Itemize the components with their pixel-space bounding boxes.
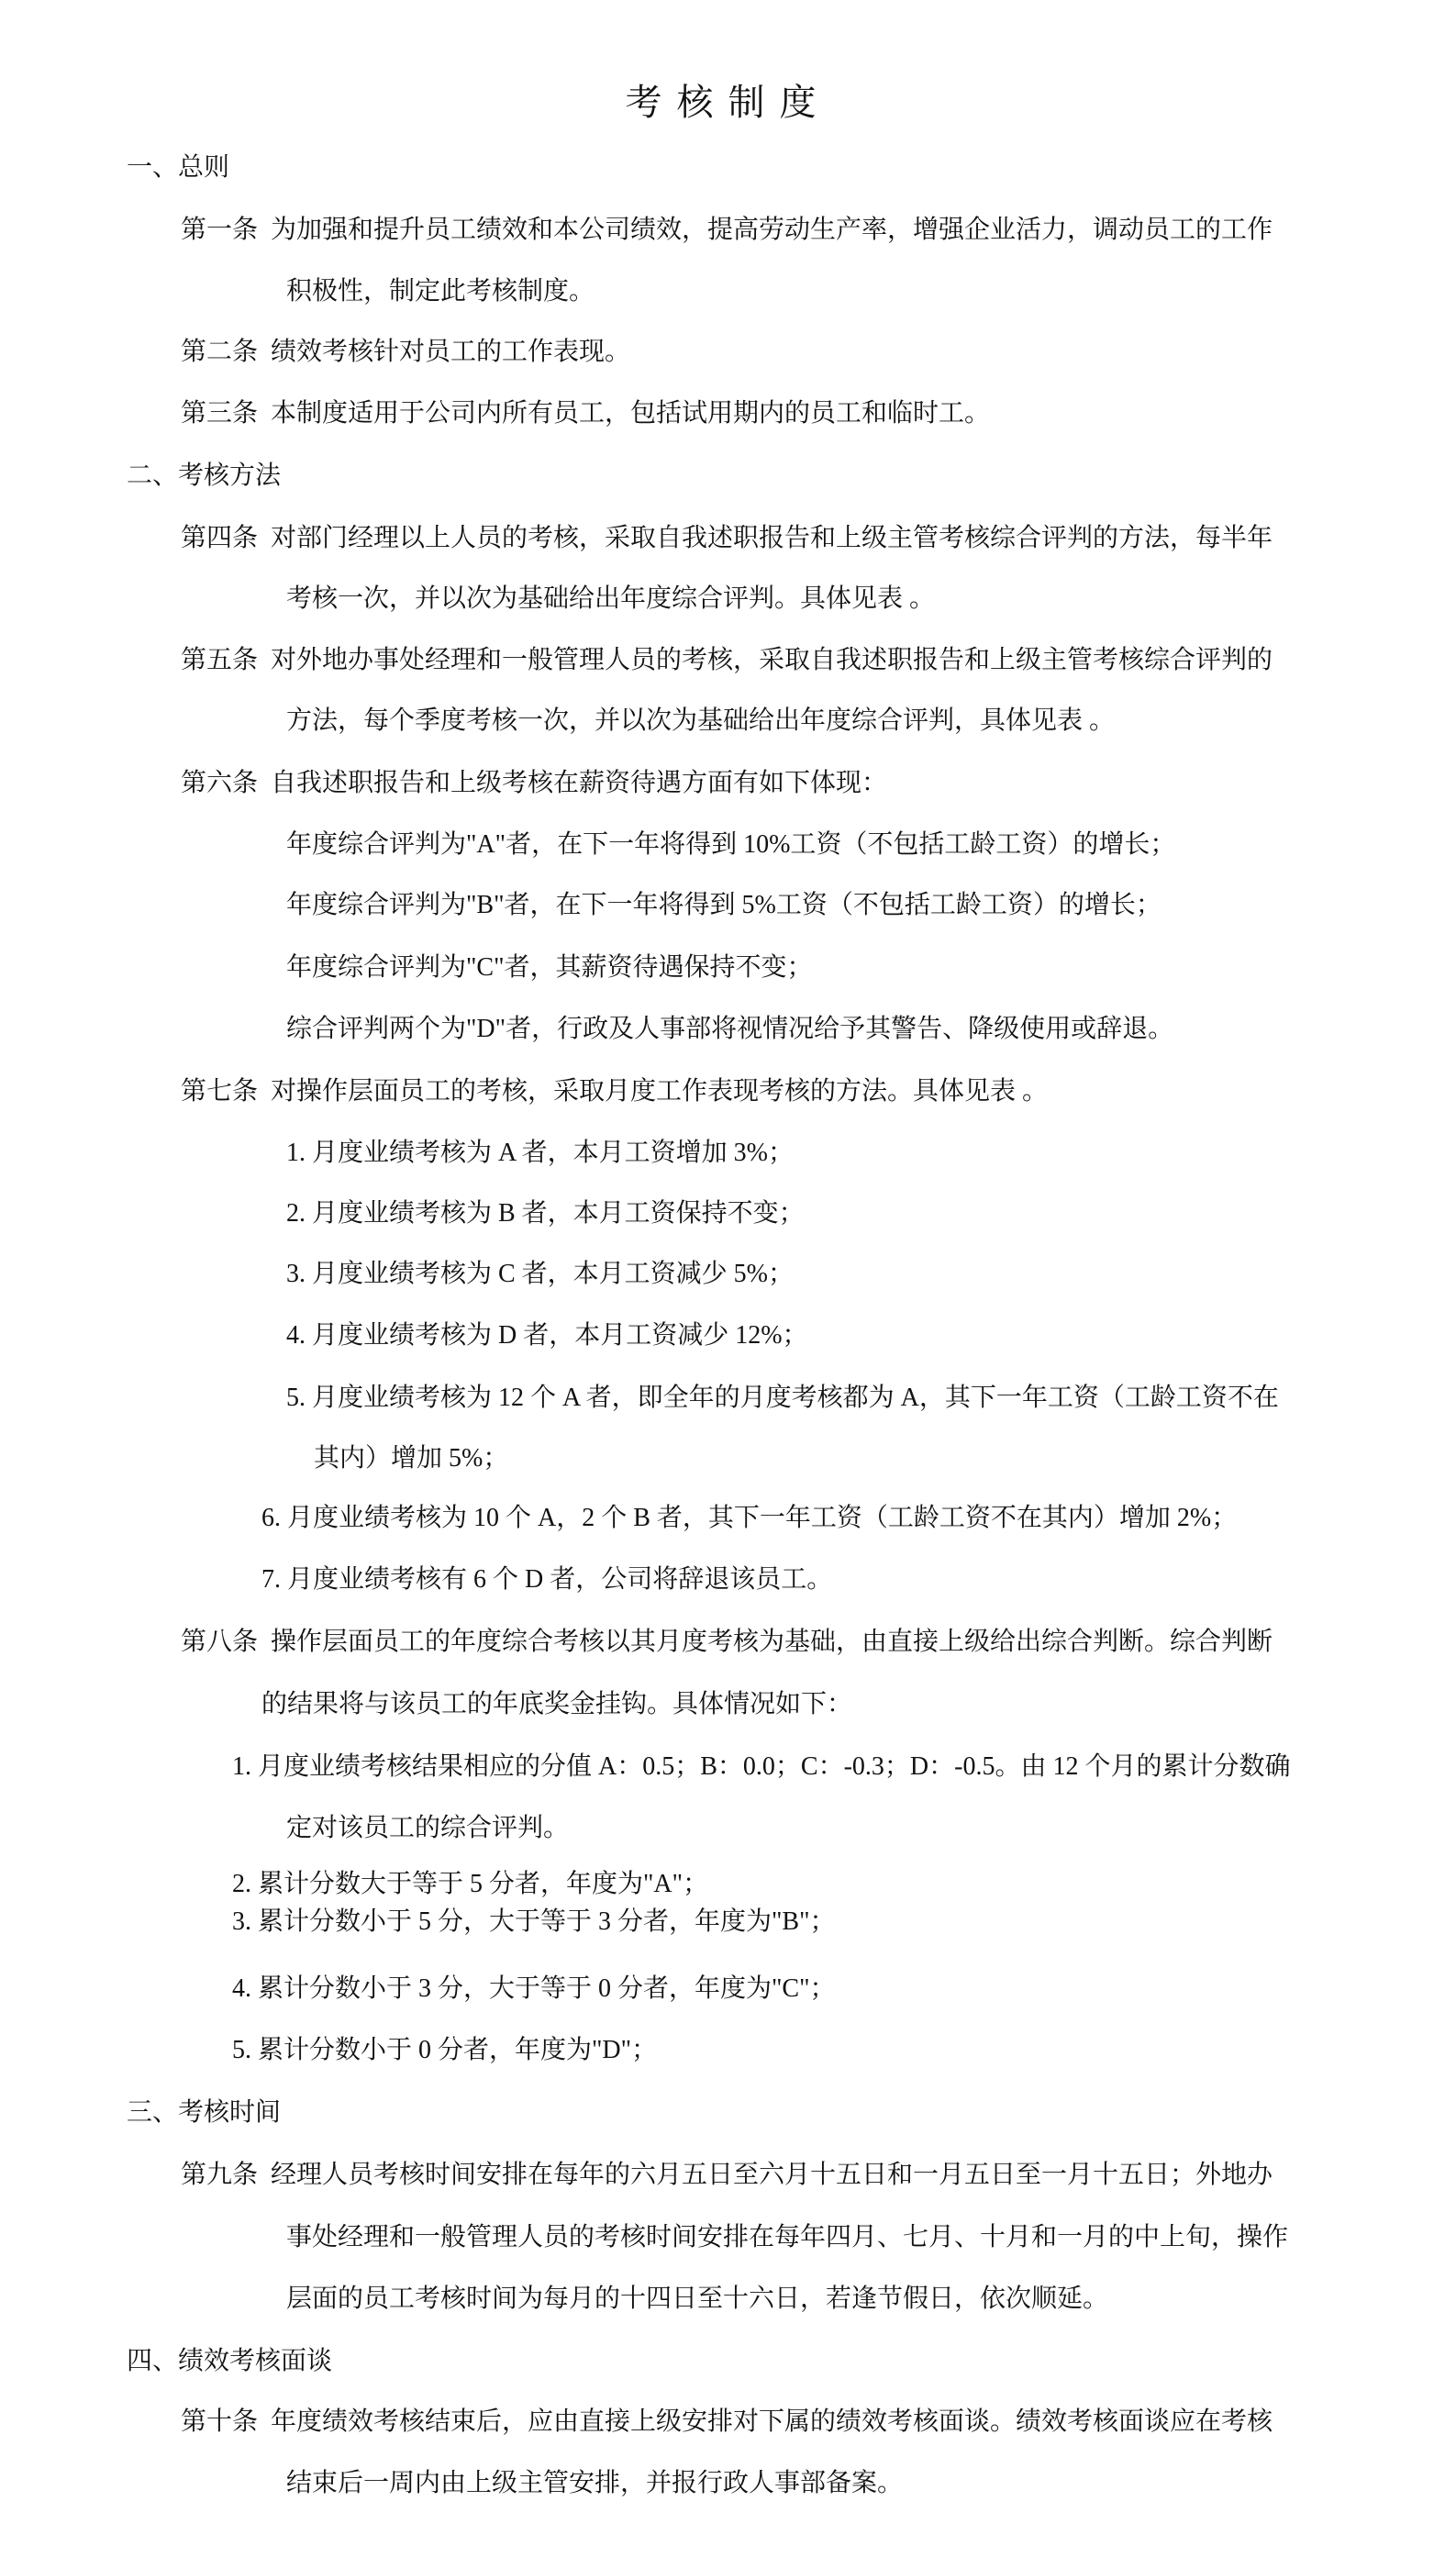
article-6-item-d: 综合评判两个为"D"者，行政及人事部将视情况给予其警告、降级使用或辞退。: [286, 1013, 1173, 1046]
article-text: 对外地办事处经理和一般管理人员的考核，采取自我述职报告和上级主管考核综合评判的: [271, 646, 1273, 674]
article-8: 第八条操作层面员工的年度综合考核以其月度考核为基础，由直接上级给出综合判断。综合…: [181, 1626, 1273, 1659]
article-label: 第六条: [181, 769, 258, 797]
section-heading-time: 三、考核时间: [127, 2096, 281, 2129]
document-page: 考核制度 一、总则 第一条为加强和提升员工绩效和本公司绩效，提高劳动生产率，增强…: [0, 0, 1456, 2568]
article-label: 第十条: [181, 2407, 258, 2436]
article-7-item-5: 5. 月度业绩考核为 12 个 A 者，即全年的月度考核都为 A，其下一年工资（…: [286, 1382, 1279, 1415]
article-text: 对部门经理以上人员的考核，采取自我述职报告和上级主管考核综合评判的方法，每半年: [271, 524, 1273, 552]
article-8-item-4: 4. 累计分数小于 3 分，大于等于 0 分者，年度为"C"；: [232, 1973, 836, 2006]
article-5-continuation: 方法，每个季度考核一次，并以次为基础给出年度综合评判，具体见表 。: [286, 705, 1115, 738]
article-8-item-2: 2. 累计分数大于等于 5 分者，年度为"A"；: [232, 1868, 708, 1901]
article-text: 操作层面员工的年度综合考核以其月度考核为基础，由直接上级给出综合判断。综合判断: [271, 1628, 1273, 1656]
section-heading-method: 二、考核方法: [127, 460, 281, 493]
article-7-item-5-continuation: 其内）增加 5%；: [314, 1442, 508, 1475]
article-6-item-b: 年度综合评判为"B"者，在下一年将得到 5%工资（不包括工龄工资）的增长；: [286, 889, 1161, 922]
article-5: 第五条对外地办事处经理和一般管理人员的考核，采取自我述职报告和上级主管考核综合评…: [181, 644, 1273, 677]
article-8-item-3: 3. 累计分数小于 5 分，大于等于 3 分者，年度为"B"；: [232, 1906, 836, 1939]
article-2: 第二条绩效考核针对员工的工作表现。: [181, 336, 630, 369]
article-7-item-3: 3. 月度业绩考核为 C 者，本月工资减少 5%；: [286, 1258, 794, 1291]
article-7-item-1: 1. 月度业绩考核为 A 者，本月工资增加 3%；: [286, 1137, 794, 1170]
article-label: 第五条: [181, 646, 258, 674]
article-7-item-2: 2. 月度业绩考核为 B 者，本月工资保持不变；: [286, 1197, 805, 1230]
article-4: 第四条对部门经理以上人员的考核，采取自我述职报告和上级主管考核综合评判的方法，每…: [181, 522, 1273, 555]
article-8-continuation: 的结果将与该员工的年底奖金挂钩。具体情况如下：: [261, 1688, 852, 1721]
article-6: 第六条自我述职报告和上级考核在薪资待遇方面有如下体现：: [181, 767, 887, 800]
article-7: 第七条对操作层面员工的考核，采取月度工作表现考核的方法。具体见表 。: [181, 1075, 1048, 1108]
article-1-continuation: 积极性，制定此考核制度。: [286, 275, 595, 308]
article-10: 第十条年度绩效考核结束后，应由直接上级安排对下属的绩效考核面谈。绩效考核面谈应在…: [181, 2406, 1273, 2439]
article-3: 第三条本制度适用于公司内所有员工，包括试用期内的员工和临时工。: [181, 397, 990, 430]
article-1: 第一条为加强和提升员工绩效和本公司绩效，提高劳动生产率，增强企业活力，调动员工的…: [181, 214, 1273, 247]
article-10-continuation: 结束后一周内由上级主管安排，并报行政人事部备案。: [286, 2467, 903, 2500]
section-heading-general: 一、总则: [127, 151, 229, 184]
article-8-item-1: 1. 月度业绩考核结果相应的分值 A：0.5；B：0.0；C：-0.3；D：-0…: [232, 1751, 1290, 1784]
article-9-continuation-2: 层面的员工考核时间为每月的十四日至十六日，若逢节假日，依次顺延。: [286, 2283, 1108, 2316]
article-7-item-4: 4. 月度业绩考核为 D 者，本月工资减少 12%；: [286, 1319, 808, 1352]
article-4-continuation: 考核一次，并以次为基础给出年度综合评判。具体见表 。: [286, 583, 935, 616]
article-text: 经理人员考核时间安排在每年的六月五日至六月十五日和一月五日至一月十五日；外地办: [271, 2161, 1273, 2189]
article-label: 第三条: [181, 399, 258, 428]
article-7-item-7: 7. 月度业绩考核有 6 个 D 者，公司将辞退该员工。: [261, 1563, 832, 1596]
article-7-item-6: 6. 月度业绩考核为 10 个 A，2 个 B 者，其下一年工资（工龄工资不在其…: [261, 1502, 1237, 1535]
article-text: 本制度适用于公司内所有员工，包括试用期内的员工和临时工。: [271, 399, 990, 428]
article-label: 第九条: [181, 2161, 258, 2189]
article-text: 绩效考核针对员工的工作表现。: [271, 338, 630, 366]
article-9-continuation-1: 事处经理和一般管理人员的考核时间安排在每年四月、七月、十月和一月的中上旬，操作: [286, 2221, 1288, 2254]
article-9: 第九条经理人员考核时间安排在每年的六月五日至六月十五日和一月五日至一月十五日；外…: [181, 2159, 1273, 2192]
article-8-item-1-continuation: 定对该员工的综合评判。: [286, 1812, 569, 1845]
section-heading-interview: 四、绩效考核面谈: [127, 2345, 332, 2378]
article-text: 年度绩效考核结束后，应由直接上级安排对下属的绩效考核面谈。绩效考核面谈应在考核: [271, 2407, 1273, 2436]
document-title: 考核制度: [0, 79, 1456, 127]
article-label: 第八条: [181, 1628, 258, 1656]
article-8-item-5: 5. 累计分数小于 0 分者，年度为"D"；: [232, 2034, 657, 2067]
article-6-item-a: 年度综合评判为"A"者，在下一年将得到 10%工资（不包括工龄工资）的增长；: [286, 828, 1175, 862]
article-text: 对操作层面员工的考核，采取月度工作表现考核的方法。具体见表 。: [271, 1077, 1048, 1106]
article-label: 第一条: [181, 216, 258, 244]
article-text: 为加强和提升员工绩效和本公司绩效，提高劳动生产率，增强企业活力，调动员工的工作: [271, 216, 1273, 244]
article-text: 自我述职报告和上级考核在薪资待遇方面有如下体现：: [271, 769, 887, 797]
article-label: 第二条: [181, 338, 258, 366]
article-6-item-c: 年度综合评判为"C"者，其薪资待遇保持不变；: [286, 951, 813, 984]
article-label: 第四条: [181, 524, 258, 552]
article-label: 第七条: [181, 1077, 258, 1106]
